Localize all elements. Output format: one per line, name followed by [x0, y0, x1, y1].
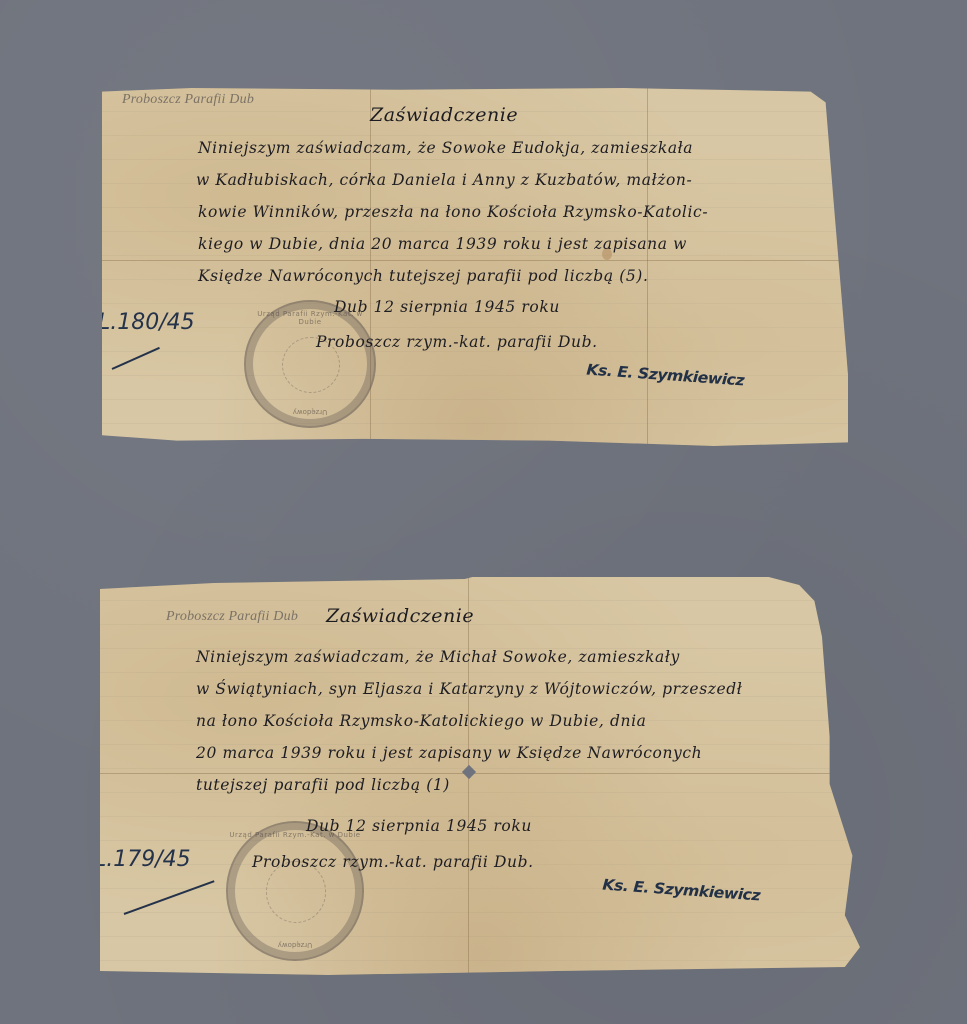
document-title: Zaświadczenie	[370, 104, 518, 126]
certificate-body: Niniejszym zaświadczam, że Michał Sowoke…	[196, 641, 742, 801]
certificate-document-1: Proboszcz Parafii Dub Zaświadczenie Nini…	[102, 88, 848, 446]
letterhead: Proboszcz Parafii Dub	[166, 609, 298, 625]
parish-stamp: Urząd Parafii Rzym.-Kat. w Dubie Urzędow…	[226, 821, 364, 961]
body-line: na łono Kościoła Rzymsko-Katolickiego w …	[196, 705, 742, 737]
stamp-text: Urzędowy	[228, 941, 362, 949]
body-line: w Świątyniach, syn Eljasza i Katarzyny z…	[196, 673, 742, 705]
certificate-body: Niniejszym zaświadczam, że Sowoke Eudokj…	[198, 132, 708, 292]
parish-stamp: Urząd Parafii Rzym.-Kat. w Dubie Urzędow…	[244, 300, 376, 428]
document-title: Zaświadczenie	[326, 605, 474, 627]
issuer-title: Proboszcz rzym.-kat. parafii Dub.	[316, 333, 598, 351]
certificate-document-2: Proboszcz Parafii Dub Zaświadczenie Nini…	[100, 577, 860, 975]
body-line: w Kadłubiskach, córka Daniela i Anny z K…	[196, 164, 708, 196]
place-date: Dub 12 sierpnia 1945 roku	[334, 298, 560, 316]
body-line: Księdze Nawróconych tutejszej parafii po…	[198, 260, 708, 292]
issuer-title: Proboszcz rzym.-kat. parafii Dub.	[252, 853, 534, 871]
priest-signature: Ks. E. Szymkiewicz	[586, 361, 745, 390]
body-line: kiego w Dubie, dnia 20 marca 1939 roku i…	[198, 228, 708, 260]
body-line: kowie Winników, przeszła na łono Kościoł…	[198, 196, 708, 228]
body-line: tutejszej parafii pod liczbą (1)	[196, 769, 742, 801]
body-line: 20 marca 1939 roku i jest zapisany w Ksi…	[196, 737, 742, 769]
reference-underline	[112, 347, 160, 370]
reference-number: L.180/45	[98, 310, 195, 335]
priest-signature: Ks. E. Szymkiewicz	[602, 876, 761, 905]
letterhead: Proboszcz Parafii Dub	[122, 92, 254, 108]
body-line: Niniejszym zaświadczam, że Sowoke Eudokj…	[198, 132, 708, 164]
stamp-text: Urzędowy	[246, 408, 374, 416]
reference-underline	[124, 880, 215, 915]
place-date: Dub 12 sierpnia 1945 roku	[306, 817, 532, 835]
body-line: Niniejszym zaświadczam, że Michał Sowoke…	[196, 641, 742, 673]
reference-number: L.179/45	[94, 847, 191, 872]
